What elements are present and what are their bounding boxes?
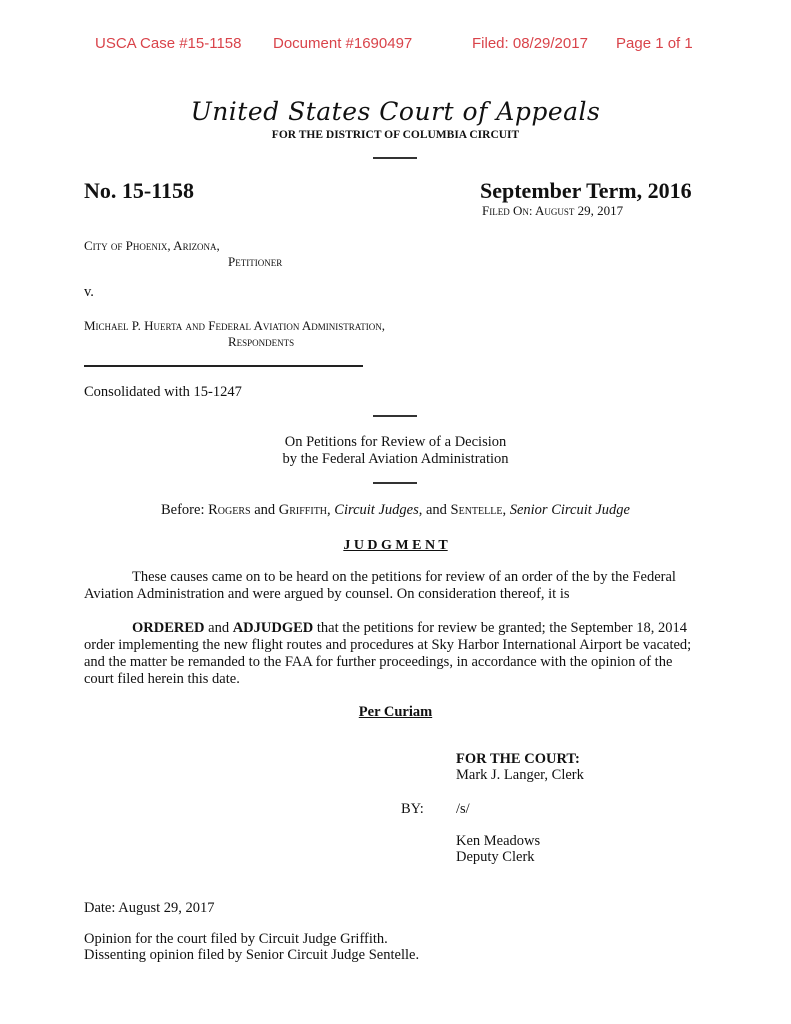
per-curiam: Per Curiam bbox=[0, 704, 791, 721]
divider bbox=[373, 482, 417, 484]
for-the-court: FOR THE COURT: bbox=[456, 751, 580, 768]
judgment-date: Date: August 29, 2017 bbox=[84, 900, 215, 917]
panel-line: Before: Rogers and Griffith, Circuit Jud… bbox=[0, 502, 791, 519]
filed-on: Filed On: August 29, 2017 bbox=[482, 203, 623, 219]
clerk-name: Mark J. Langer, Clerk bbox=[456, 767, 584, 784]
by-label: BY: bbox=[401, 801, 424, 818]
term: September Term, 2016 bbox=[480, 178, 692, 204]
signature: /s/ bbox=[456, 801, 470, 818]
opinion-note: Opinion for the court filed by Circuit J… bbox=[84, 931, 388, 948]
deputy-clerk-name: Ken Meadows bbox=[456, 833, 540, 850]
judgment-paragraph-2: ORDERED and ADJUDGED that the petitions … bbox=[84, 620, 704, 688]
ordered: ORDERED bbox=[132, 620, 205, 636]
stamp-case-number: USCA Case #15-1158 bbox=[95, 35, 241, 52]
judge-sentelle: Sentelle bbox=[451, 502, 503, 518]
stamp-document-number: Document #1690497 bbox=[273, 35, 412, 52]
stamp-filed-date: Filed: 08/29/2017 bbox=[472, 35, 588, 52]
deputy-clerk-title: Deputy Clerk bbox=[456, 849, 535, 866]
circuit-name: FOR THE DISTRICT OF COLUMBIA CIRCUIT bbox=[0, 129, 791, 141]
respondent-role: Respondents bbox=[228, 333, 294, 350]
court-name: United States Court of Appeals bbox=[0, 97, 791, 126]
petition-line-1: On Petitions for Review of a Decision bbox=[0, 434, 791, 451]
consolidated-case: Consolidated with 15-1247 bbox=[84, 384, 242, 401]
versus: v. bbox=[84, 284, 94, 301]
case-number: No. 15-1158 bbox=[84, 178, 194, 204]
judge-rogers: Rogers bbox=[208, 502, 250, 518]
divider bbox=[373, 415, 417, 417]
judgment-heading: J U D G M E N T bbox=[0, 537, 791, 554]
divider bbox=[373, 157, 417, 159]
judge-griffith: Griffith bbox=[279, 502, 327, 518]
judgment-paragraph-1: These causes came on to be heard on the … bbox=[84, 569, 704, 603]
dissent-note: Dissenting opinion filed by Senior Circu… bbox=[84, 947, 419, 964]
petitioner-role: Petitioner bbox=[228, 253, 282, 270]
signature-line-divider bbox=[84, 365, 363, 367]
stamp-page-count: Page 1 of 1 bbox=[616, 35, 693, 52]
respondent-name: Michael P. Huerta and Federal Aviation A… bbox=[84, 317, 385, 334]
petition-line-2: by the Federal Aviation Administration bbox=[0, 451, 791, 468]
petitioner-name: City of Phoenix, Arizona, bbox=[84, 237, 220, 254]
adjudged: ADJUDGED bbox=[233, 620, 314, 636]
